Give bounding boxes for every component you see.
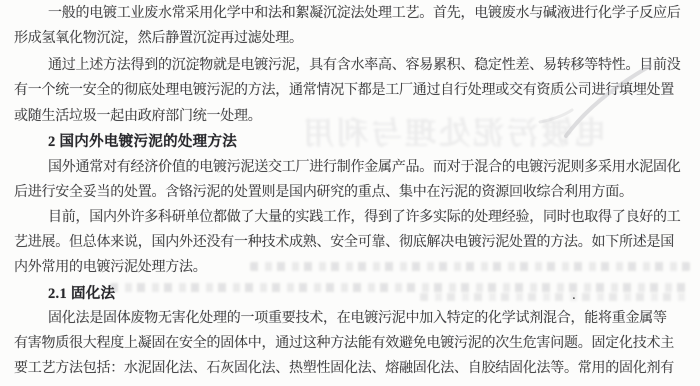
scanned-document-page: 电镀污泥处理与利用 一般的电镀工业废水常采用化学中和法和絮凝沉淀法处理工艺。首先… — [0, 0, 700, 386]
paragraph-line: 形成氢氧化物沉淀，然后静置沉淀再过滤处理。 — [14, 31, 303, 47]
paragraph-line: 有一个统一安全的彻底处理电镀污泥的方法，通常情况下都是工厂通过自行处理或交有资质… — [14, 83, 674, 99]
paragraph-line: 有害物质很大程度上凝固在安全的固体中，通过这种方法能有效避免电镀污泥的次生危害问… — [14, 336, 674, 352]
bleed-through-smudge — [420, 293, 690, 301]
paragraph-line: 艺进展。但总体来说，国内外还没有一种技术成熟、安全可靠、彻底解决电镀污泥处置的方… — [14, 235, 674, 251]
bleed-through-ghost-title: 电镀污泥处理与利用 — [292, 108, 606, 148]
paragraph-line: 通过上述方法得到的沉淀物就是电镀污泥，具有含水率高、容易累积、稳定性差、易转移等… — [48, 58, 681, 74]
paragraph-line: 目前，国内外许多科研单位都做了大量的实践工作，得到了许多实际的处理经验，同时也取… — [48, 210, 681, 226]
stray-ink-dot: . — [572, 287, 576, 304]
paragraph-line: 内外常用的电镀污泥处理方法。 — [14, 260, 207, 276]
paragraph-line: 后进行安全妥当的处置。含铬污泥的处置则是国内研究的重点、集中在污泥的资源回收综合… — [14, 185, 633, 201]
paragraph-line: 或随生活垃圾一起由政府部门统一处理。 — [14, 109, 262, 125]
paragraph-line: 一般的电镀工业废水常采用化学中和法和絮凝沉淀法处理工艺。首先，电镀废水与碱液进行… — [48, 6, 681, 22]
paragraph-line: 国外通常对有经济价值的电镀污泥送交工厂进行制作金属产品。而对于混合的电镀污泥则多… — [48, 160, 681, 176]
paragraph-line: 要工艺方法包括：水泥固化法、石灰固化法、热塑性固化法、熔融固化法、自胶结固化法等… — [14, 361, 674, 377]
paragraph-line: 固化法是固体废物无害化处理的一项重要技术，在电镀污泥中加入特定的化学试剂混合，能… — [48, 311, 667, 327]
bleed-through-smudge — [110, 283, 690, 292]
subsection-heading: 2.1 固化法 — [48, 286, 115, 302]
section-heading: 2 国内外电镀污泥的处理方法 — [48, 134, 237, 150]
bleed-through-smudge — [250, 262, 690, 271]
